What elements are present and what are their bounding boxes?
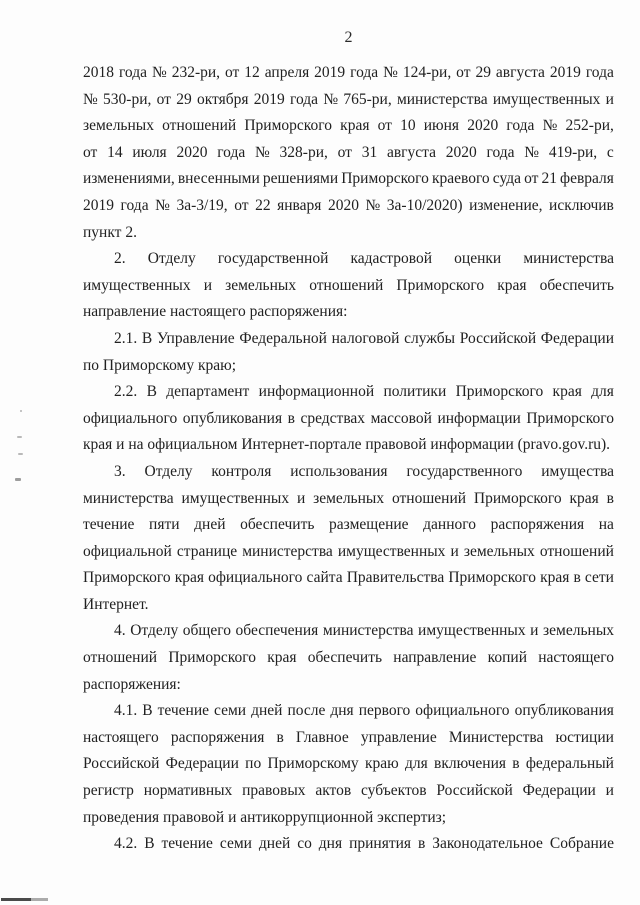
text-line: 4.2.ВтечениесемиднейсодняпринятиявЗаконо… xyxy=(83,831,614,858)
text-line: пункт 2. xyxy=(83,220,614,247)
text-line: официальнойстраницеминистерстваимуществе… xyxy=(83,539,614,566)
text-line: настоящегораспоряжениявГлавноеуправление… xyxy=(83,725,614,752)
scan-artifact-dash xyxy=(18,453,23,455)
scan-artifact-dot xyxy=(20,410,22,412)
text-line: течениепятиднейобеспечитьразмещениеданно… xyxy=(83,512,614,539)
text-line: земельныхотношенийПриморскогокраяот10июн… xyxy=(83,113,614,140)
text-line: 2.2.ВдепартаментинформационнойполитикиПр… xyxy=(83,379,614,406)
text-line: ПриморскогокраяофициальногосайтаПравител… xyxy=(83,565,614,592)
text-line: от14июля2020года№328-ри,от31августа2020г… xyxy=(83,140,614,167)
text-line: регистрнормативныхправовыхактовсубъектов… xyxy=(83,778,614,805)
paragraph: 2018года№232-ри,от12апреля2019года№124-р… xyxy=(83,60,614,246)
text-line: РоссийскойФедерациипоПриморскомукраюдляв… xyxy=(83,751,614,778)
page-number: 2 xyxy=(83,28,614,48)
paragraph: 2.1.ВУправлениеФедеральнойналоговойслужб… xyxy=(83,326,614,379)
document-page: 2 2018года№232-ри,от12апреля2019года№124… xyxy=(0,0,640,905)
paragraph: 4.2.ВтечениесемиднейсодняпринятиявЗаконо… xyxy=(83,831,614,858)
text-line: 4.Отделуобщегообеспеченияминистерстваиму… xyxy=(83,618,614,645)
text-line: 4.1.Втечениесемиднейпоследняпервогоофици… xyxy=(83,698,614,725)
text-line: 2.1.ВУправлениеФедеральнойналоговойслужб… xyxy=(83,326,614,353)
text-line: направление настоящего распоряжения: xyxy=(83,299,614,326)
text-line: 2018года№232-ри,от12апреля2019года№124-р… xyxy=(83,60,614,87)
text-line: по Приморскому краю; xyxy=(83,353,614,380)
paragraph: 3.Отделуконтроляиспользованиягосударстве… xyxy=(83,459,614,619)
text-line: 3.Отделуконтроляиспользованиягосударстве… xyxy=(83,459,614,486)
text-line: проведения правовой и антикоррупционной … xyxy=(83,805,614,832)
paragraph: 4.Отделуобщегообеспеченияминистерстваиму… xyxy=(83,618,614,698)
paragraph: 2.2.ВдепартаментинформационнойполитикиПр… xyxy=(83,379,614,459)
text-line: Интернет. xyxy=(83,592,614,619)
text-line: 2019года№3а-3/19,от22января2020№3а-10/20… xyxy=(83,193,614,220)
scan-artifact-dash xyxy=(17,436,22,438)
scan-artifact-dash xyxy=(15,478,21,481)
paragraph: 2.Отделугосударственнойкадастровойоценки… xyxy=(83,246,614,326)
text-line: имущественныхиземельныхотношенийПриморск… xyxy=(83,273,614,300)
scan-artifact-footer-bar xyxy=(31,898,48,901)
text-line: края и на официальном Интернет-портале п… xyxy=(83,432,614,459)
document-body: 2018года№232-ри,от12апреля2019года№124-р… xyxy=(83,60,614,858)
text-line: изменениями,внесеннымирешениямиПриморско… xyxy=(83,166,614,193)
scan-artifact-footer-bar xyxy=(1,898,31,901)
text-line: №530-ри,от29октября2019года№765-ри,минис… xyxy=(83,87,614,114)
text-line: министерстваимущественныхиземельныхотнош… xyxy=(83,486,614,513)
text-line: официальногоопубликованиявсредствахмассо… xyxy=(83,406,614,433)
text-line: 2.Отделугосударственнойкадастровойоценки… xyxy=(83,246,614,273)
text-line: отношенийПриморскогокраяобеспечитьнаправ… xyxy=(83,645,614,672)
text-line: распоряжения: xyxy=(83,672,614,699)
paragraph: 4.1.Втечениесемиднейпоследняпервогоофици… xyxy=(83,698,614,831)
